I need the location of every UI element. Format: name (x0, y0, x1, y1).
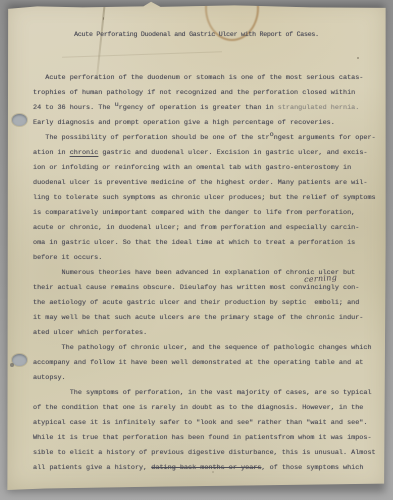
typed-line: is comparatively unimportant compared wi… (33, 206, 385, 221)
typed-line: it may well be that such acute ulcers ar… (33, 311, 385, 326)
typed-line: their actual cause remains obscure. Dieu… (33, 281, 385, 296)
typed-line: While it is true that perforation has be… (33, 431, 385, 446)
typed-line: ated ulcer which perforates. (33, 326, 385, 341)
typed-line: the aetiology of acute gastric ulcer and… (33, 296, 385, 311)
typed-line: of the condition that one is rarely in d… (33, 401, 385, 416)
paper-crease-vertical (96, 1, 107, 80)
punch-hole-top (12, 114, 27, 126)
typed-line: ation in chronic gastric and duodenal ul… (33, 146, 385, 161)
punch-hole-bottom (12, 354, 27, 366)
typed-line: The symptoms of perforation, in the vast… (33, 386, 385, 401)
typed-line: ling to tolerate such symptoms as chroni… (33, 191, 385, 206)
document-page: Acute Perforating Duodenal and Gastric U… (7, 1, 386, 490)
typed-line: before it occurs. (33, 251, 385, 266)
typed-line: Early diagnosis and prompt operation giv… (33, 116, 385, 131)
typed-line: acute or chronic, in duodenal ulcer; and… (33, 221, 385, 236)
typed-line: oma in gastric ulcer. So that the ideal … (33, 236, 385, 251)
typed-line: trophies of human pathology if not recog… (33, 86, 385, 101)
typed-line: Acute perforation of the duodenum or sto… (33, 71, 385, 86)
typed-line: duodenal ulcer is preventive medicine of… (33, 176, 385, 191)
typed-line: accompany and follow it have been well d… (33, 356, 385, 371)
paper-speck (103, 17, 104, 20)
typed-line: The possibility of perforation should be… (33, 131, 385, 146)
document-title: Acute Perforating Duodenal and Gastric U… (7, 31, 386, 38)
typed-line: atypical case it is infinitely safer to … (33, 416, 385, 431)
typed-line: sible to elicit a history of previous di… (33, 446, 385, 461)
typed-line: ion or infolding or reinforcing with an … (33, 161, 385, 176)
paper-speck (357, 57, 359, 59)
typed-line: autopsy. (33, 371, 385, 386)
typed-line: all patients give a history, dating back… (33, 461, 385, 476)
typed-line: The pathology of chronic ulcer, and the … (33, 341, 385, 356)
typed-line: 24 to 36 hours. The urgency of operation… (33, 101, 385, 116)
paper-crease-horizontal (62, 51, 222, 58)
